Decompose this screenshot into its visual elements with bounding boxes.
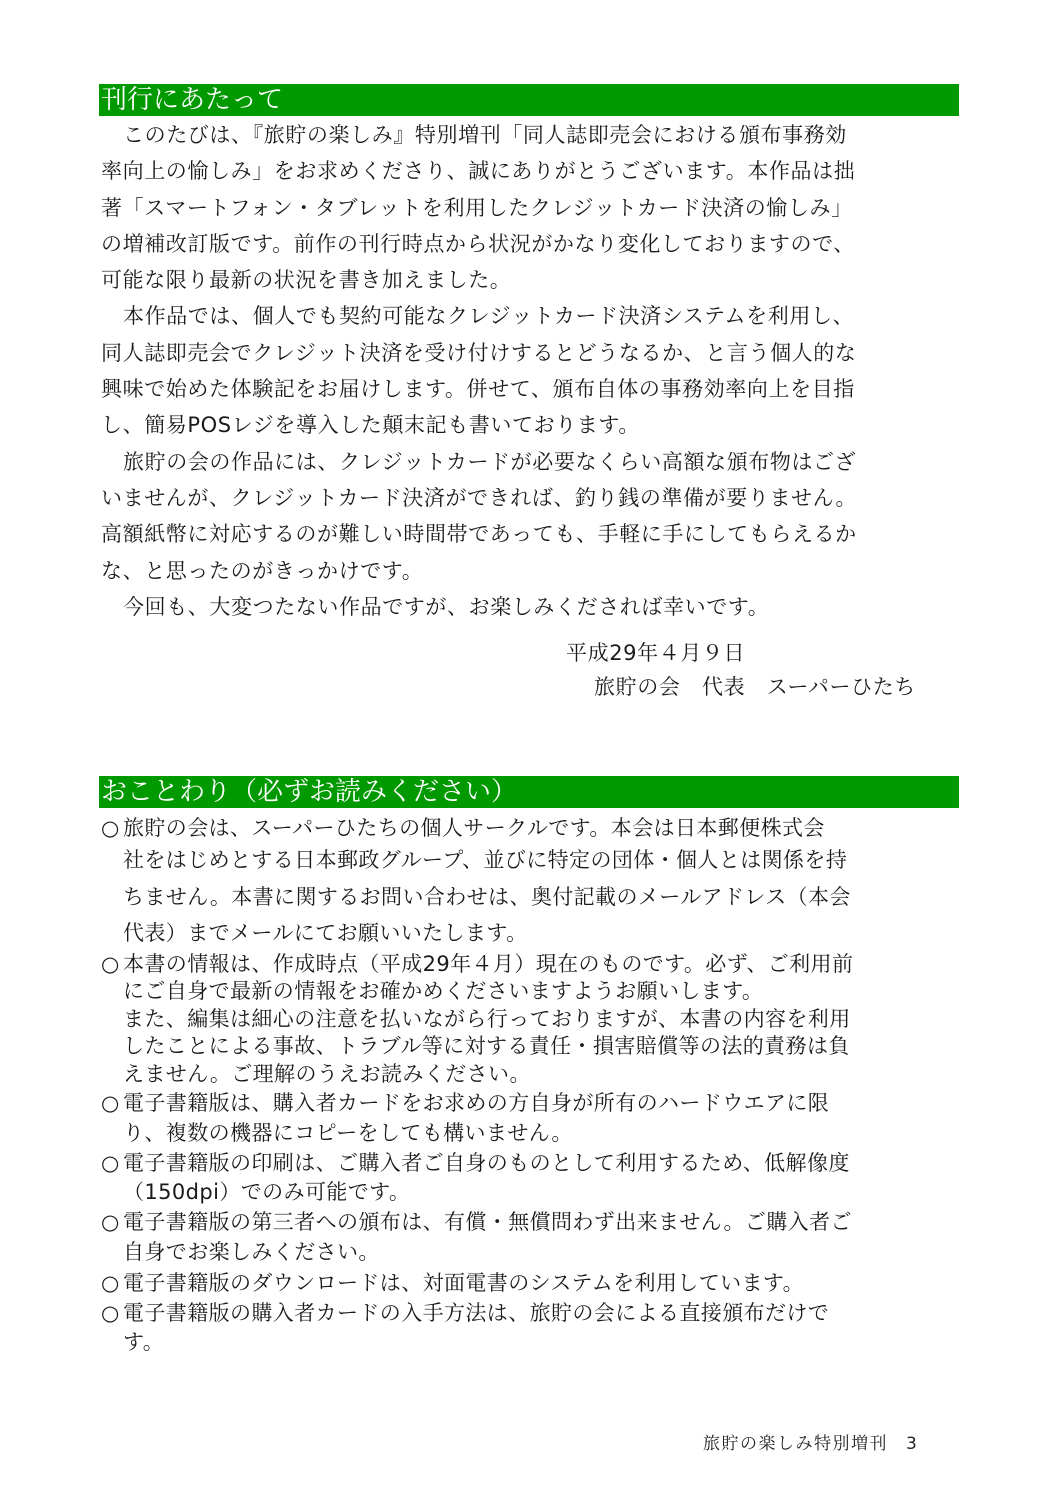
- intro-line: 旅貯の会の作品には、クレジットカードが必要なくらい高額な頒布物はござ: [101, 444, 961, 480]
- intro-line: 同人誌即売会でクレジット決済を受け付けするとどうなるか、と言う個人的な: [101, 335, 961, 371]
- intro-line: いませんが、クレジットカード決済ができれば、釣り銭の準備が要りません。: [101, 480, 961, 516]
- document-page: 刊行にあたって このたびは、『旅貯の楽しみ』特別増刊「同人誌即売会における頒布事…: [0, 0, 1058, 1500]
- intro-line: 興味で始めた体験記をお届けします。併せて、頒布自体の事務効率向上を目指: [101, 371, 961, 407]
- disclaimer-item: ○ 旅貯の会は、スーパーひたちの個人サークルです。本会は日本郵便株式会 社をはじ…: [101, 814, 971, 950]
- intro-line: 著「スマートフォン・タブレットを利用したクレジットカード決済の愉しみ」: [101, 190, 961, 226]
- circle-bullet-icon: ○: [101, 814, 120, 842]
- circle-bullet-icon: ○: [101, 1299, 120, 1328]
- circle-bullet-icon: ○: [101, 1208, 120, 1237]
- disclaimer-item: ○ 本書の情報は、作成時点（平成29年４月）現在のものです。必ず、ご利用前 にご…: [101, 950, 971, 1089]
- disclaimer-line: えません。ご理解のうえお読みください。: [123, 1060, 971, 1089]
- section-header-introduction: 刊行にあたって: [99, 84, 959, 116]
- section-header-disclaimer: おことわり（必ずお読みください）: [99, 776, 959, 808]
- section-header-disclaimer-label: おことわり（必ずお読みください）: [101, 777, 517, 807]
- disclaimer-line: り、複数の機器にコピーをしても構いません。: [123, 1118, 971, 1149]
- intro-line: の増補改訂版です。前作の刊行時点から状況がかなり変化しておりますので、: [101, 226, 961, 262]
- disclaimer-line: 本書の情報は、作成時点（平成29年４月）現在のものです。必ず、ご利用前: [123, 950, 971, 978]
- intro-line: 本作品では、個人でも契約可能なクレジットカード決済システムを利用し、: [101, 298, 961, 334]
- intro-line: 今回も、大変つたない作品ですが、お楽しみくだされば幸いです。: [101, 589, 961, 625]
- footer-publication-title: 旅貯の楽しみ特別増刊: [703, 1434, 888, 1454]
- introduction-body: このたびは、『旅貯の楽しみ』特別増刊「同人誌即売会における頒布事務効 率向上の愉…: [101, 117, 961, 625]
- disclaimer-line: 電子書籍版の購入者カードの入手方法は、旅貯の会による直接頒布だけで: [123, 1299, 971, 1328]
- disclaimer-line: 電子書籍版の第三者への頒布は、有償・無償問わず出来ません。ご購入者ご: [123, 1208, 971, 1237]
- disclaimer-item: ○ 電子書籍版のダウンロードは、対面電書のシステムを利用しています。: [101, 1268, 971, 1299]
- disclaimer-line: また、編集は細心の注意を払いながら行っておりますが、本書の内容を利用: [123, 1005, 971, 1033]
- circle-bullet-icon: ○: [101, 1268, 120, 1299]
- signature-author: 旅貯の会 代表 スーパーひたち: [566, 670, 916, 704]
- disclaimer-item: ○ 電子書籍版の購入者カードの入手方法は、旅貯の会による直接頒布だけで す。: [101, 1299, 971, 1357]
- disclaimer-line: したことによる事故、トラブル等に対する責任・損害賠償等の法的責務は負: [123, 1033, 971, 1060]
- disclaimer-line: 社をはじめとする日本郵政グループ、並びに特定の団体・個人とは関係を持: [123, 842, 971, 879]
- signature-block: 平成29年４月９日 旅貯の会 代表 スーパーひたち: [566, 636, 916, 704]
- circle-bullet-icon: ○: [101, 1149, 120, 1177]
- disclaimer-line: にご自身で最新の情報をお確かめくださいますようお願いします。: [123, 978, 971, 1005]
- intro-line: し、簡易POSレジを導入した顛末記も書いております。: [101, 407, 961, 443]
- disclaimer-line: 代表）までメールにてお願いいたします。: [123, 916, 971, 950]
- intro-line: このたびは、『旅貯の楽しみ』特別増刊「同人誌即売会における頒布事務効: [101, 117, 961, 153]
- signature-date: 平成29年４月９日: [566, 636, 916, 670]
- disclaimer-item: ○ 電子書籍版の印刷は、ご購入者ご自身のものとして利用するため、低解像度 （15…: [101, 1149, 971, 1208]
- page-footer: 旅貯の楽しみ特別増刊3: [703, 1429, 918, 1454]
- page-number: 3: [906, 1434, 918, 1454]
- disclaimer-line: ちません。本書に関するお問い合わせは、奥付記載のメールアドレス（本会: [123, 879, 971, 916]
- disclaimer-line: す。: [123, 1328, 971, 1357]
- disclaimer-line: 自身でお楽しみください。: [123, 1237, 971, 1268]
- intro-line: 高額紙幣に対応するのが難しい時間帯であっても、手軽に手にしてもらえるか: [101, 516, 961, 552]
- intro-line: な、と思ったのがきっかけです。: [101, 553, 961, 589]
- disclaimer-item: ○ 電子書籍版は、購入者カードをお求めの方自身が所有のハードウエアに限 り、複数…: [101, 1089, 971, 1149]
- circle-bullet-icon: ○: [101, 950, 120, 978]
- intro-line: 可能な限り最新の状況を書き加えました。: [101, 262, 961, 298]
- disclaimer-line: 旅貯の会は、スーパーひたちの個人サークルです。本会は日本郵便株式会: [123, 814, 971, 842]
- disclaimer-line: 電子書籍版のダウンロードは、対面電書のシステムを利用しています。: [123, 1268, 971, 1299]
- disclaimer-list: ○ 旅貯の会は、スーパーひたちの個人サークルです。本会は日本郵便株式会 社をはじ…: [101, 814, 971, 1357]
- disclaimer-line: 電子書籍版の印刷は、ご購入者ご自身のものとして利用するため、低解像度: [123, 1149, 971, 1177]
- circle-bullet-icon: ○: [101, 1089, 120, 1118]
- intro-line: 率向上の愉しみ」をお求めくださり、誠にありがとうございます。本作品は拙: [101, 153, 961, 189]
- disclaimer-line: 電子書籍版は、購入者カードをお求めの方自身が所有のハードウエアに限: [123, 1089, 971, 1118]
- disclaimer-item: ○ 電子書籍版の第三者への頒布は、有償・無償問わず出来ません。ご購入者ご 自身で…: [101, 1208, 971, 1268]
- disclaimer-line: （150dpi）でのみ可能です。: [123, 1177, 971, 1208]
